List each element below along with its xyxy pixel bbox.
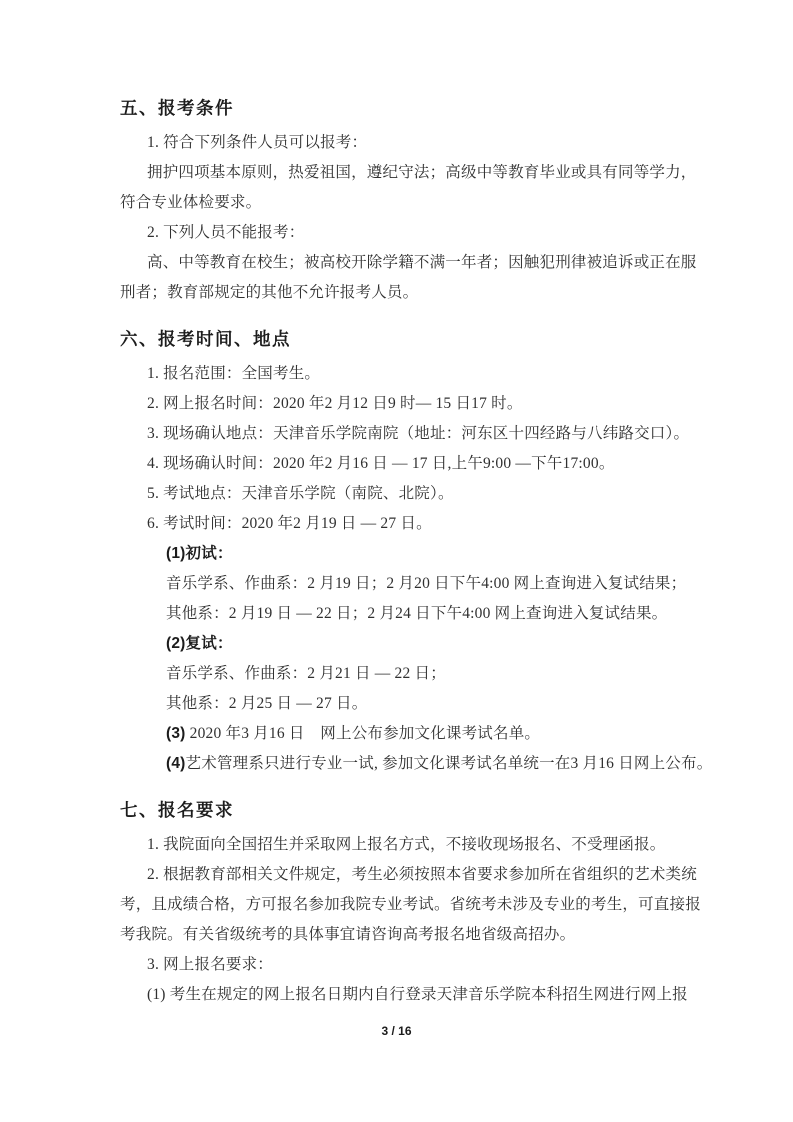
text-line: 音乐学系、作曲系：2 月19 日；2 月20 日下午4:00 网上查询进入复试结… xyxy=(120,569,680,599)
text-line: 2. 网上报名时间：2020 年2 月12 日9 时— 15 日17 时。 xyxy=(120,389,680,419)
text-line: 2. 根据教育部相关文件规定，考生必须按照本省要求参加所在省组织的艺术类统 xyxy=(120,860,680,890)
text-line: 其他系：2 月25 日 — 27 日。 xyxy=(120,689,680,719)
document-page: 五、报考条件 1. 符合下列条件人员可以报考： 拥护四项基本原则，热爱祖国，遵纪… xyxy=(0,0,793,1122)
section-exam-time-location: 六、报考时间、地点 1. 报名范围：全国考生。 2. 网上报名时间：2020 年… xyxy=(120,326,680,779)
section-heading: 七、报名要求 xyxy=(120,797,680,823)
text-line: 1. 符合下列条件人员可以报考： xyxy=(120,128,680,158)
section-heading: 六、报考时间、地点 xyxy=(120,326,680,352)
text-line: (4)艺术管理系只进行专业一试, 参加文化课考试名单统一在3 月16 日网上公布… xyxy=(120,749,680,779)
section-heading: 五、报考条件 xyxy=(120,95,680,121)
text-line: 1. 报名范围：全国考生。 xyxy=(120,359,680,389)
page-number: 3 / 16 xyxy=(0,1022,793,1040)
text-line-second-exam: (2)复试： xyxy=(120,629,680,659)
text-line: 考我院。有关省级统考的具体事宜请咨询高考报名地省级高招办。 xyxy=(120,920,680,950)
text-line: 刑者；教育部规定的其他不允许报考人员。 xyxy=(120,278,680,308)
section-application-requirements: 五、报考条件 1. 符合下列条件人员可以报考： 拥护四项基本原则，热爱祖国，遵纪… xyxy=(120,95,680,308)
text-line: (1) 考生在规定的网上报名日期内自行登录天津音乐学院本科招生网进行网上报 xyxy=(120,980,680,1010)
document-content: 五、报考条件 1. 符合下列条件人员可以报考： 拥护四项基本原则，热爱祖国，遵纪… xyxy=(120,0,680,1010)
numbered-prefix: (4) xyxy=(166,755,186,772)
text-line: 1. 我院面向全国招生并采取网上报名方式，不接收现场报名、不受理函报。 xyxy=(120,830,680,860)
text-line: 考，且成绩合格，方可报名参加我院专业考试。省统考未涉及专业的考生，可直接报 xyxy=(120,890,680,920)
text-line: 2. 下列人员不能报考： xyxy=(120,218,680,248)
text-line: 5. 考试地点：天津音乐学院（南院、北院）。 xyxy=(120,479,680,509)
section-registration-requirements: 七、报名要求 1. 我院面向全国招生并采取网上报名方式，不接收现场报名、不受理函… xyxy=(120,797,680,1010)
line-text: 2020 年3 月16 日 网上公布参加文化课考试名单。 xyxy=(186,725,541,742)
text-line: 音乐学系、作曲系：2 月21 日 — 22 日； xyxy=(120,659,680,689)
text-line: 其他系：2 月19 日 — 22 日；2 月24 日下午4:00 网上查询进入复… xyxy=(120,599,680,629)
text-line: 4. 现场确认时间：2020 年2 月16 日 — 17 日,上午9:00 —下… xyxy=(120,449,680,479)
text-line: 6. 考试时间：2020 年2 月19 日 — 27 日。 xyxy=(120,509,680,539)
numbered-prefix: (3) xyxy=(166,725,186,742)
text-line: 3. 现场确认地点：天津音乐学院南院（地址：河东区十四经路与八纬路交口）。 xyxy=(120,419,680,449)
text-line-preliminary-exam: (1)初试： xyxy=(120,539,680,569)
text-line: 拥护四项基本原则，热爱祖国，遵纪守法；高级中等教育毕业或具有同等学力， xyxy=(120,158,680,188)
text-line: 高、中等教育在校生；被高校开除学籍不满一年者；因触犯刑律被追诉或正在服 xyxy=(120,248,680,278)
text-line: 3. 网上报名要求： xyxy=(120,950,680,980)
text-line: 符合专业体检要求。 xyxy=(120,188,680,218)
line-text: 艺术管理系只进行专业一试, 参加文化课考试名单统一在3 月16 日网上公布。 xyxy=(186,755,713,772)
text-line: (3) 2020 年3 月16 日 网上公布参加文化课考试名单。 xyxy=(120,719,680,749)
